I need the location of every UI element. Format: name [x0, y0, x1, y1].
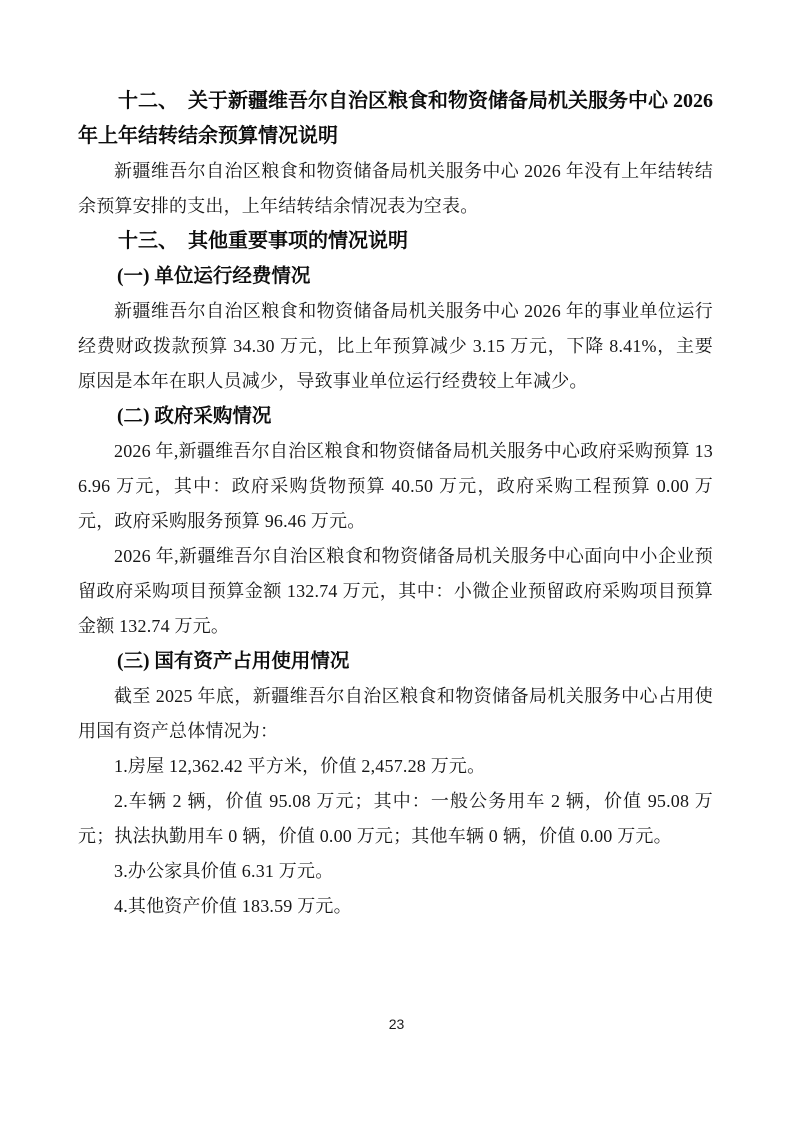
list-item-housing: 1.房屋 12,362.42 平方米，价值 2,457.28 万元。: [78, 749, 713, 784]
list-item-furniture: 3.办公家具价值 6.31 万元。: [78, 854, 713, 889]
para-assets-intro: 截至 2025 年底，新疆维吾尔自治区粮食和物资储备局机关服务中心占用使用国有资…: [78, 679, 713, 749]
para-procurement-sme: 2026 年,新疆维吾尔自治区粮食和物资储备局机关服务中心面向中小企业预留政府采…: [78, 539, 713, 644]
para-procurement-total: 2026 年,新疆维吾尔自治区粮食和物资储备局机关服务中心政府采购预算 136.…: [78, 434, 713, 539]
subheading-operating-funds: (一) 单位运行经费情况: [78, 259, 713, 294]
para-carryover-balance: 新疆维吾尔自治区粮食和物资储备局机关服务中心 2026 年没有上年结转结余预算安…: [78, 154, 713, 224]
list-item-vehicles: 2.车辆 2 辆，价值 95.08 万元；其中：一般公务用车 2 辆，价值 95…: [78, 784, 713, 854]
section-heading-13: 十三、 其他重要事项的情况说明: [78, 224, 713, 259]
page-number: 23: [389, 1016, 405, 1032]
list-item-other-assets: 4.其他资产价值 183.59 万元。: [78, 889, 713, 924]
document-page: 十二、 关于新疆维吾尔自治区粮食和物资储备局机关服务中心 2026 年上年结转结…: [0, 0, 793, 1122]
document-body: 十二、 关于新疆维吾尔自治区粮食和物资储备局机关服务中心 2026 年上年结转结…: [78, 84, 713, 924]
subheading-state-assets: (三) 国有资产占用使用情况: [78, 644, 713, 679]
subheading-procurement: (二) 政府采购情况: [78, 399, 713, 434]
page-footer: 23: [0, 1016, 793, 1032]
para-operating-funds: 新疆维吾尔自治区粮食和物资储备局机关服务中心 2026 年的事业单位运行经费财政…: [78, 294, 713, 399]
section-heading-12: 十二、 关于新疆维吾尔自治区粮食和物资储备局机关服务中心 2026 年上年结转结…: [78, 84, 713, 154]
